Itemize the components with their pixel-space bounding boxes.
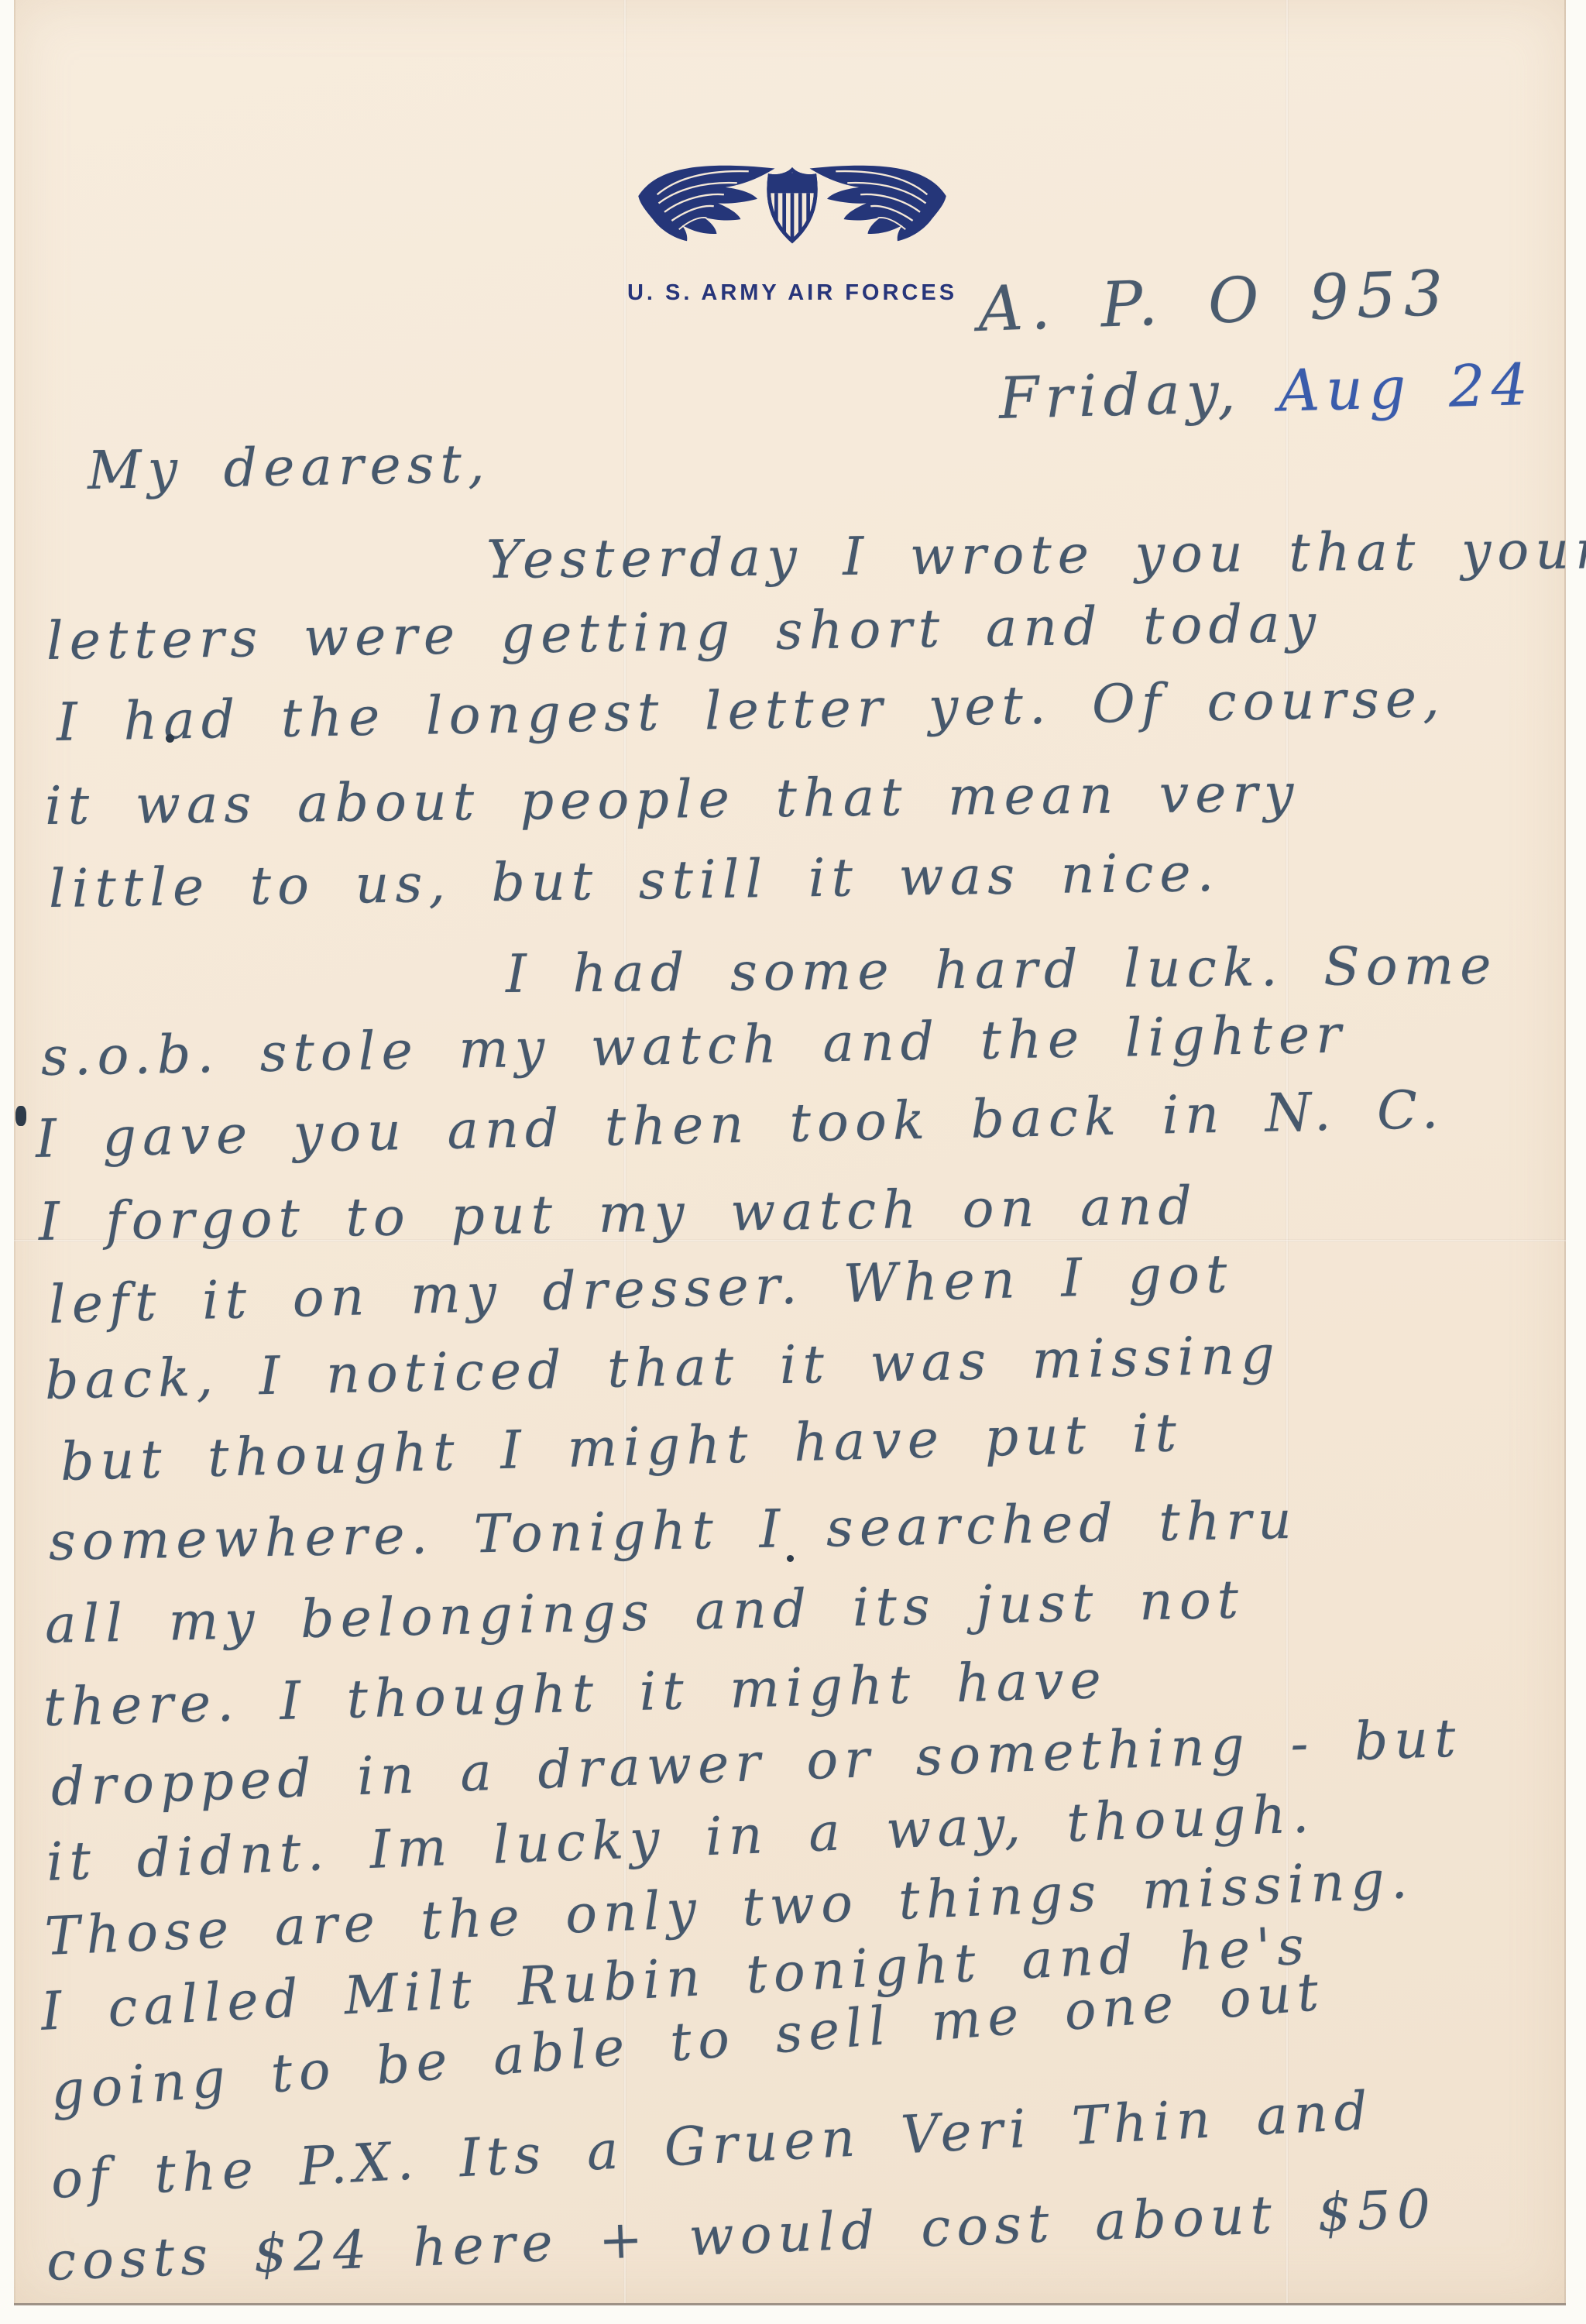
letter-line: but thought I might have put it bbox=[60, 1407, 1183, 1489]
letter-line: letters were getting short and today bbox=[46, 598, 1323, 668]
letter-line: I had the longest letter yet. Of course, bbox=[56, 673, 1446, 750]
letter-paper: U. S. ARMY AIR FORCES A. P. O 953 Friday… bbox=[14, 0, 1566, 2305]
letter-line: s.o.b. stole my watch and the lighter bbox=[40, 1009, 1347, 1084]
letter-line: it was about people that mean very bbox=[45, 767, 1300, 833]
usaaf-pilot-wings-icon bbox=[626, 151, 959, 267]
ink-speck bbox=[787, 1555, 794, 1562]
letter-line: Yesterday I wrote you that your bbox=[486, 524, 1586, 587]
letter-line: My dearest, bbox=[87, 438, 491, 498]
date-line: Friday, Aug 24 bbox=[998, 356, 1535, 427]
letter-line: I gave you and then took back in N. C. bbox=[35, 1084, 1445, 1166]
ink-speck bbox=[166, 734, 174, 743]
apo-line: A. P. O 953 bbox=[977, 263, 1452, 341]
letter-line: I had some hard luck. Some bbox=[506, 940, 1498, 1001]
date-line-day: Friday, bbox=[998, 359, 1243, 432]
ink-speck bbox=[15, 1106, 26, 1126]
letterhead-title: U. S. ARMY AIR FORCES bbox=[610, 280, 974, 306]
letter-line: all my belongings and its just not bbox=[44, 1574, 1244, 1652]
letter-line: I forgot to put my watch on and bbox=[39, 1180, 1199, 1249]
letter-line: little to us, but still it was nice. bbox=[49, 847, 1220, 916]
letter-line: somewhere. Tonight I searched thru bbox=[48, 1495, 1298, 1569]
date-line-blue-ink: Aug 24 bbox=[1278, 352, 1535, 425]
letter-line: back, I noticed that it was missing bbox=[44, 1330, 1281, 1408]
letter-line: left it on my dresser. When I got bbox=[48, 1248, 1234, 1332]
letter-line: there. I thought it might have bbox=[43, 1654, 1107, 1735]
